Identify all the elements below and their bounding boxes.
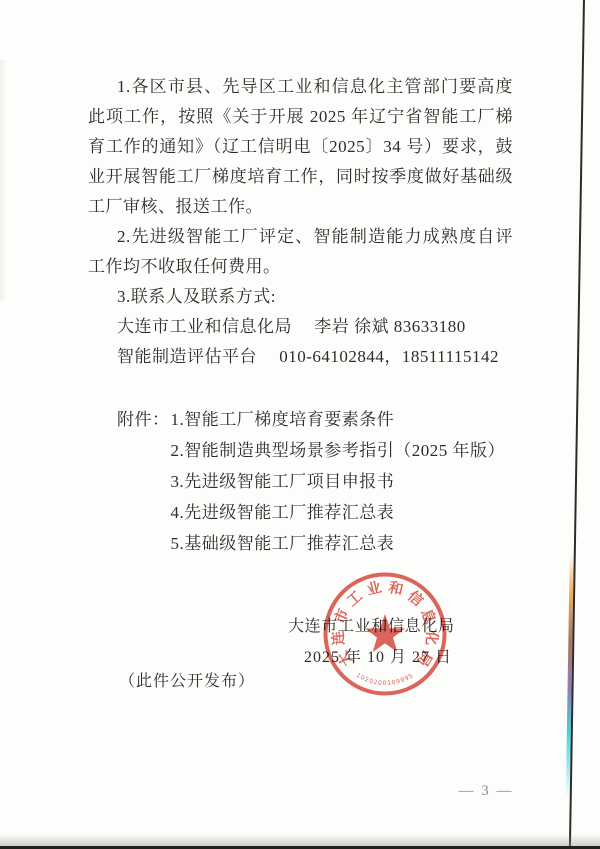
- seal-ring-char: 信: [404, 587, 427, 610]
- attachment-item-4: 4.先进级智能工厂推荐汇总表: [171, 497, 506, 528]
- paragraph-1-line-1: 1.各区市县、先导区工业和信息化主管部门要高度重视: [88, 72, 513, 102]
- paragraph-1-line-5: 工厂审核、报送工作。: [88, 192, 513, 222]
- seal-ring-char: 工: [344, 588, 366, 610]
- attachment-items: 1.智能工厂梯度培育要素条件 2.智能制造典型场景参考指引（2025 年版） 3…: [171, 404, 506, 559]
- signature-organization: 大连市工业和信息化局: [288, 612, 454, 642]
- paragraph-1-line-3: 育工作的通知》（辽工信明电〔2025〕34 号）要求，鼓励企: [88, 132, 513, 162]
- paragraph-1-line-2: 此项工作，按照《关于开展 2025 年辽宁省智能工厂梯度培: [88, 102, 513, 132]
- attachment-label: 附件：: [117, 404, 170, 559]
- scan-right-edge: [569, 0, 593, 849]
- paragraph-2-line-1: 2.先进级智能工厂评定、智能制造能力成熟度自评估等: [88, 222, 513, 252]
- attachment-item-3: 3.先进级智能工厂项目申报书: [171, 466, 506, 497]
- public-release-note: （此件公开发布）: [119, 667, 255, 697]
- paragraph-1-line-4: 业开展智能工厂梯度培育工作，同时按季度做好基础级智能: [88, 162, 513, 192]
- seal-ring-char: 和: [387, 578, 405, 599]
- attachment-item-1: 1.智能工厂梯度培育要素条件: [171, 404, 506, 435]
- seal-ring-char: 业: [365, 579, 384, 599]
- attachment-item-5: 5.基础级智能工厂推荐汇总表: [171, 528, 506, 559]
- contact-line-bureau: 大连市工业和信息化局 李岩 徐斌 83633180: [88, 312, 513, 342]
- scan-page-edge-line: [569, 0, 585, 849]
- paragraph-2-line-2: 工作均不收取任何费用。: [88, 252, 513, 282]
- document-body: 1.各区市县、先导区工业和信息化主管部门要高度重视 此项工作，按照《关于开展 2…: [88, 72, 513, 372]
- signature-date: 2025 年 10 月 27 日: [304, 643, 452, 673]
- contact-line-platform: 智能制造评估平台 010-64102844，18511115142: [88, 342, 513, 372]
- page-number: — 3 —: [448, 779, 524, 803]
- scanned-document-page: 1.各区市县、先导区工业和信息化主管部门要高度重视 此项工作，按照《关于开展 2…: [0, 0, 600, 849]
- scan-bottom-smudge: [0, 834, 600, 846]
- paragraph-3-line-1: 3.联系人及联系方式:: [88, 282, 513, 312]
- attachment-list: 附件： 1.智能工厂梯度培育要素条件 2.智能制造典型场景参考指引（2025 年…: [117, 404, 505, 559]
- attachment-item-2: 2.智能制造典型场景参考指引（2025 年版）: [171, 435, 506, 466]
- scan-left-smudge: [0, 60, 6, 300]
